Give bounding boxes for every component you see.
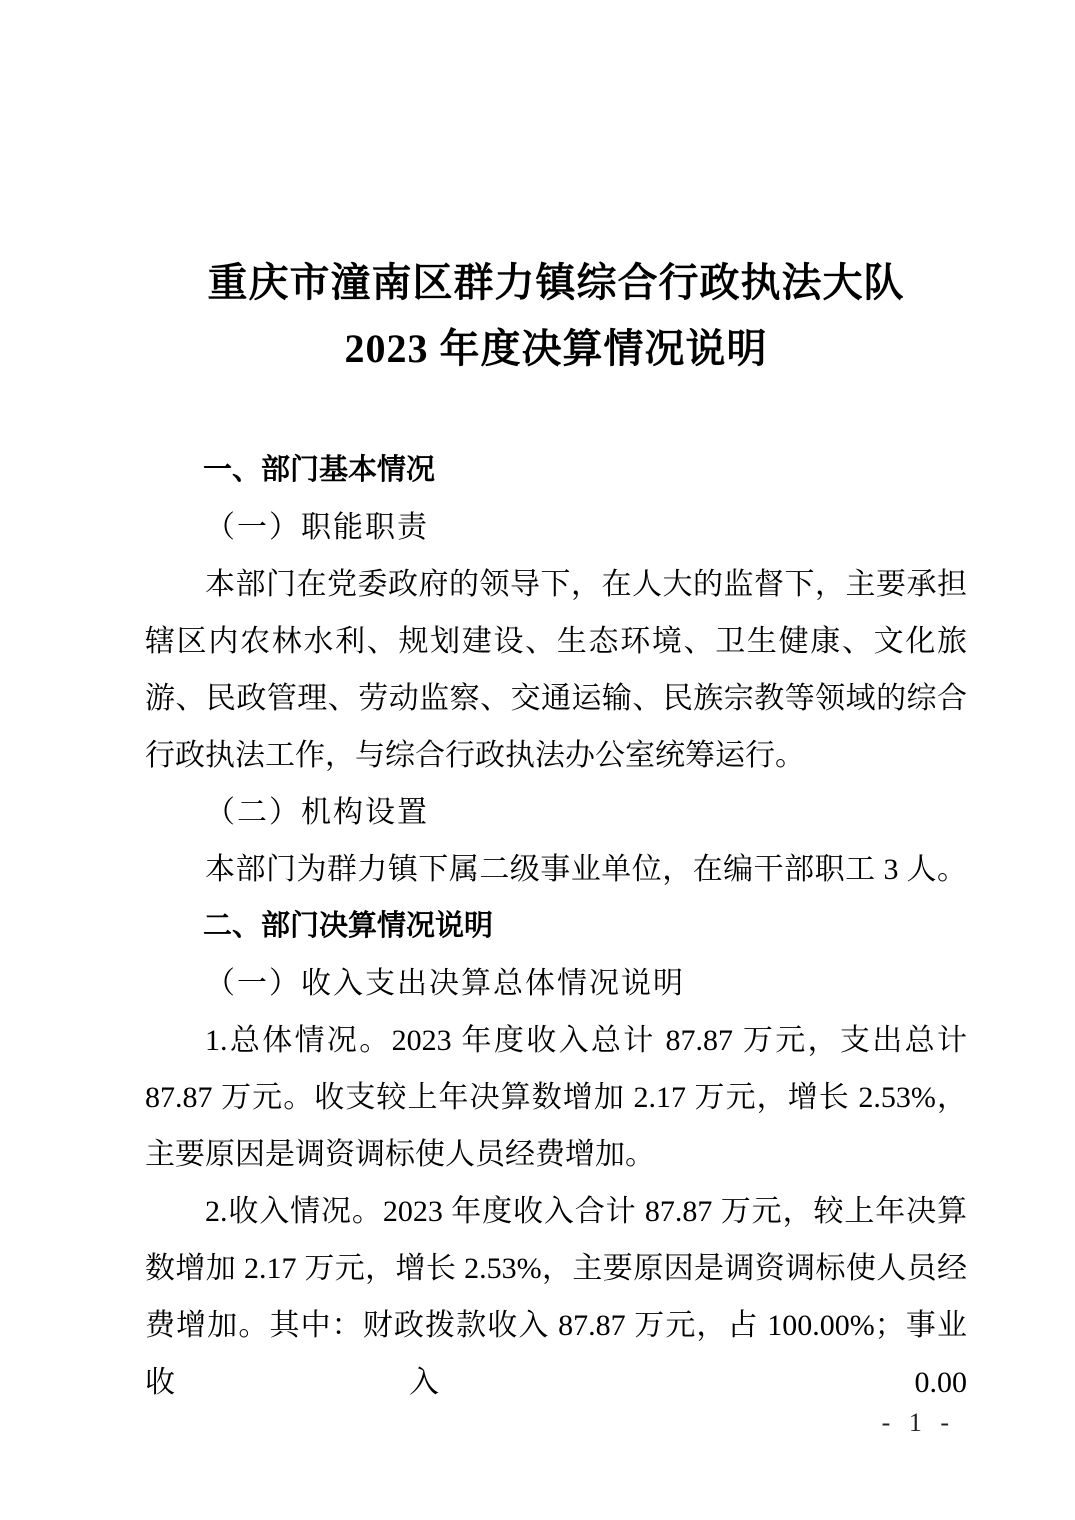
document-title: 重庆市潼南区群力镇综合行政执法大队 2023 年度决算情况说明: [145, 250, 967, 382]
subsection-heading-overall: （一）收入支出决算总体情况说明: [145, 955, 967, 1012]
page-number: - 1 -: [882, 1408, 955, 1438]
body-paragraph-income: 2.收入情况。2023 年度收入合计 87.87 万元，较上年决算数增加 2.1…: [145, 1183, 967, 1411]
document-page: 重庆市潼南区群力镇综合行政执法大队 2023 年度决算情况说明 一、部门基本情况…: [0, 0, 1075, 1520]
subsection-heading-structure: （二）机构设置: [145, 784, 967, 841]
body-paragraph-structure: 本部门为群力镇下属二级事业单位，在编干部职工 3 人。: [145, 841, 967, 898]
section-heading-basic-info: 一、部门基本情况: [145, 442, 967, 499]
document-content: 重庆市潼南区群力镇综合行政执法大队 2023 年度决算情况说明 一、部门基本情况…: [145, 250, 967, 1411]
subsection-heading-duties: （一）职能职责: [145, 499, 967, 556]
document-title-line-1: 重庆市潼南区群力镇综合行政执法大队: [145, 250, 967, 316]
body-paragraph-duties: 本部门在党委政府的领导下，在人大的监督下，主要承担辖区内农林水利、规划建设、生态…: [145, 556, 967, 784]
document-body: 一、部门基本情况 （一）职能职责 本部门在党委政府的领导下，在人大的监督下，主要…: [145, 442, 967, 1411]
document-title-line-2: 2023 年度决算情况说明: [145, 316, 967, 382]
body-paragraph-overall: 1.总体情况。2023 年度收入总计 87.87 万元，支出总计 87.87 万…: [145, 1012, 967, 1183]
section-heading-final-accounts: 二、部门决算情况说明: [145, 898, 967, 955]
